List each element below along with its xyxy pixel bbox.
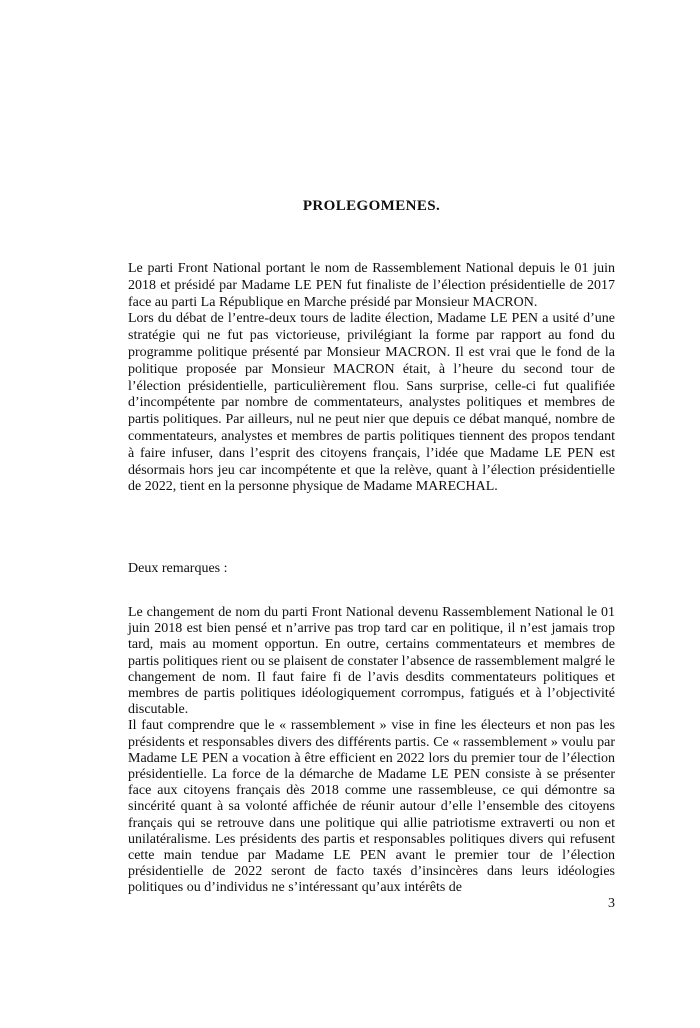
document-page: PROLEGOMENES. Le parti Front National po… — [0, 0, 700, 1028]
remarks-heading: Deux remarques : — [128, 561, 615, 578]
intro-section: Le parti Front National portant le nom d… — [128, 261, 615, 496]
intro-paragraph-2: Lors du débat de l’entre-deux tours de l… — [128, 311, 615, 496]
page-number: 3 — [128, 896, 615, 912]
intro-paragraph-1: Le parti Front National portant le nom d… — [128, 261, 615, 311]
remarks-section: Le changement de nom du parti Front Nati… — [128, 605, 615, 897]
page-title: PROLEGOMENES. — [128, 198, 615, 215]
remarks-paragraph-1: Le changement de nom du parti Front Nati… — [128, 605, 615, 718]
remarks-paragraph-2: Il faut comprendre que le « rassemblemen… — [128, 718, 615, 896]
